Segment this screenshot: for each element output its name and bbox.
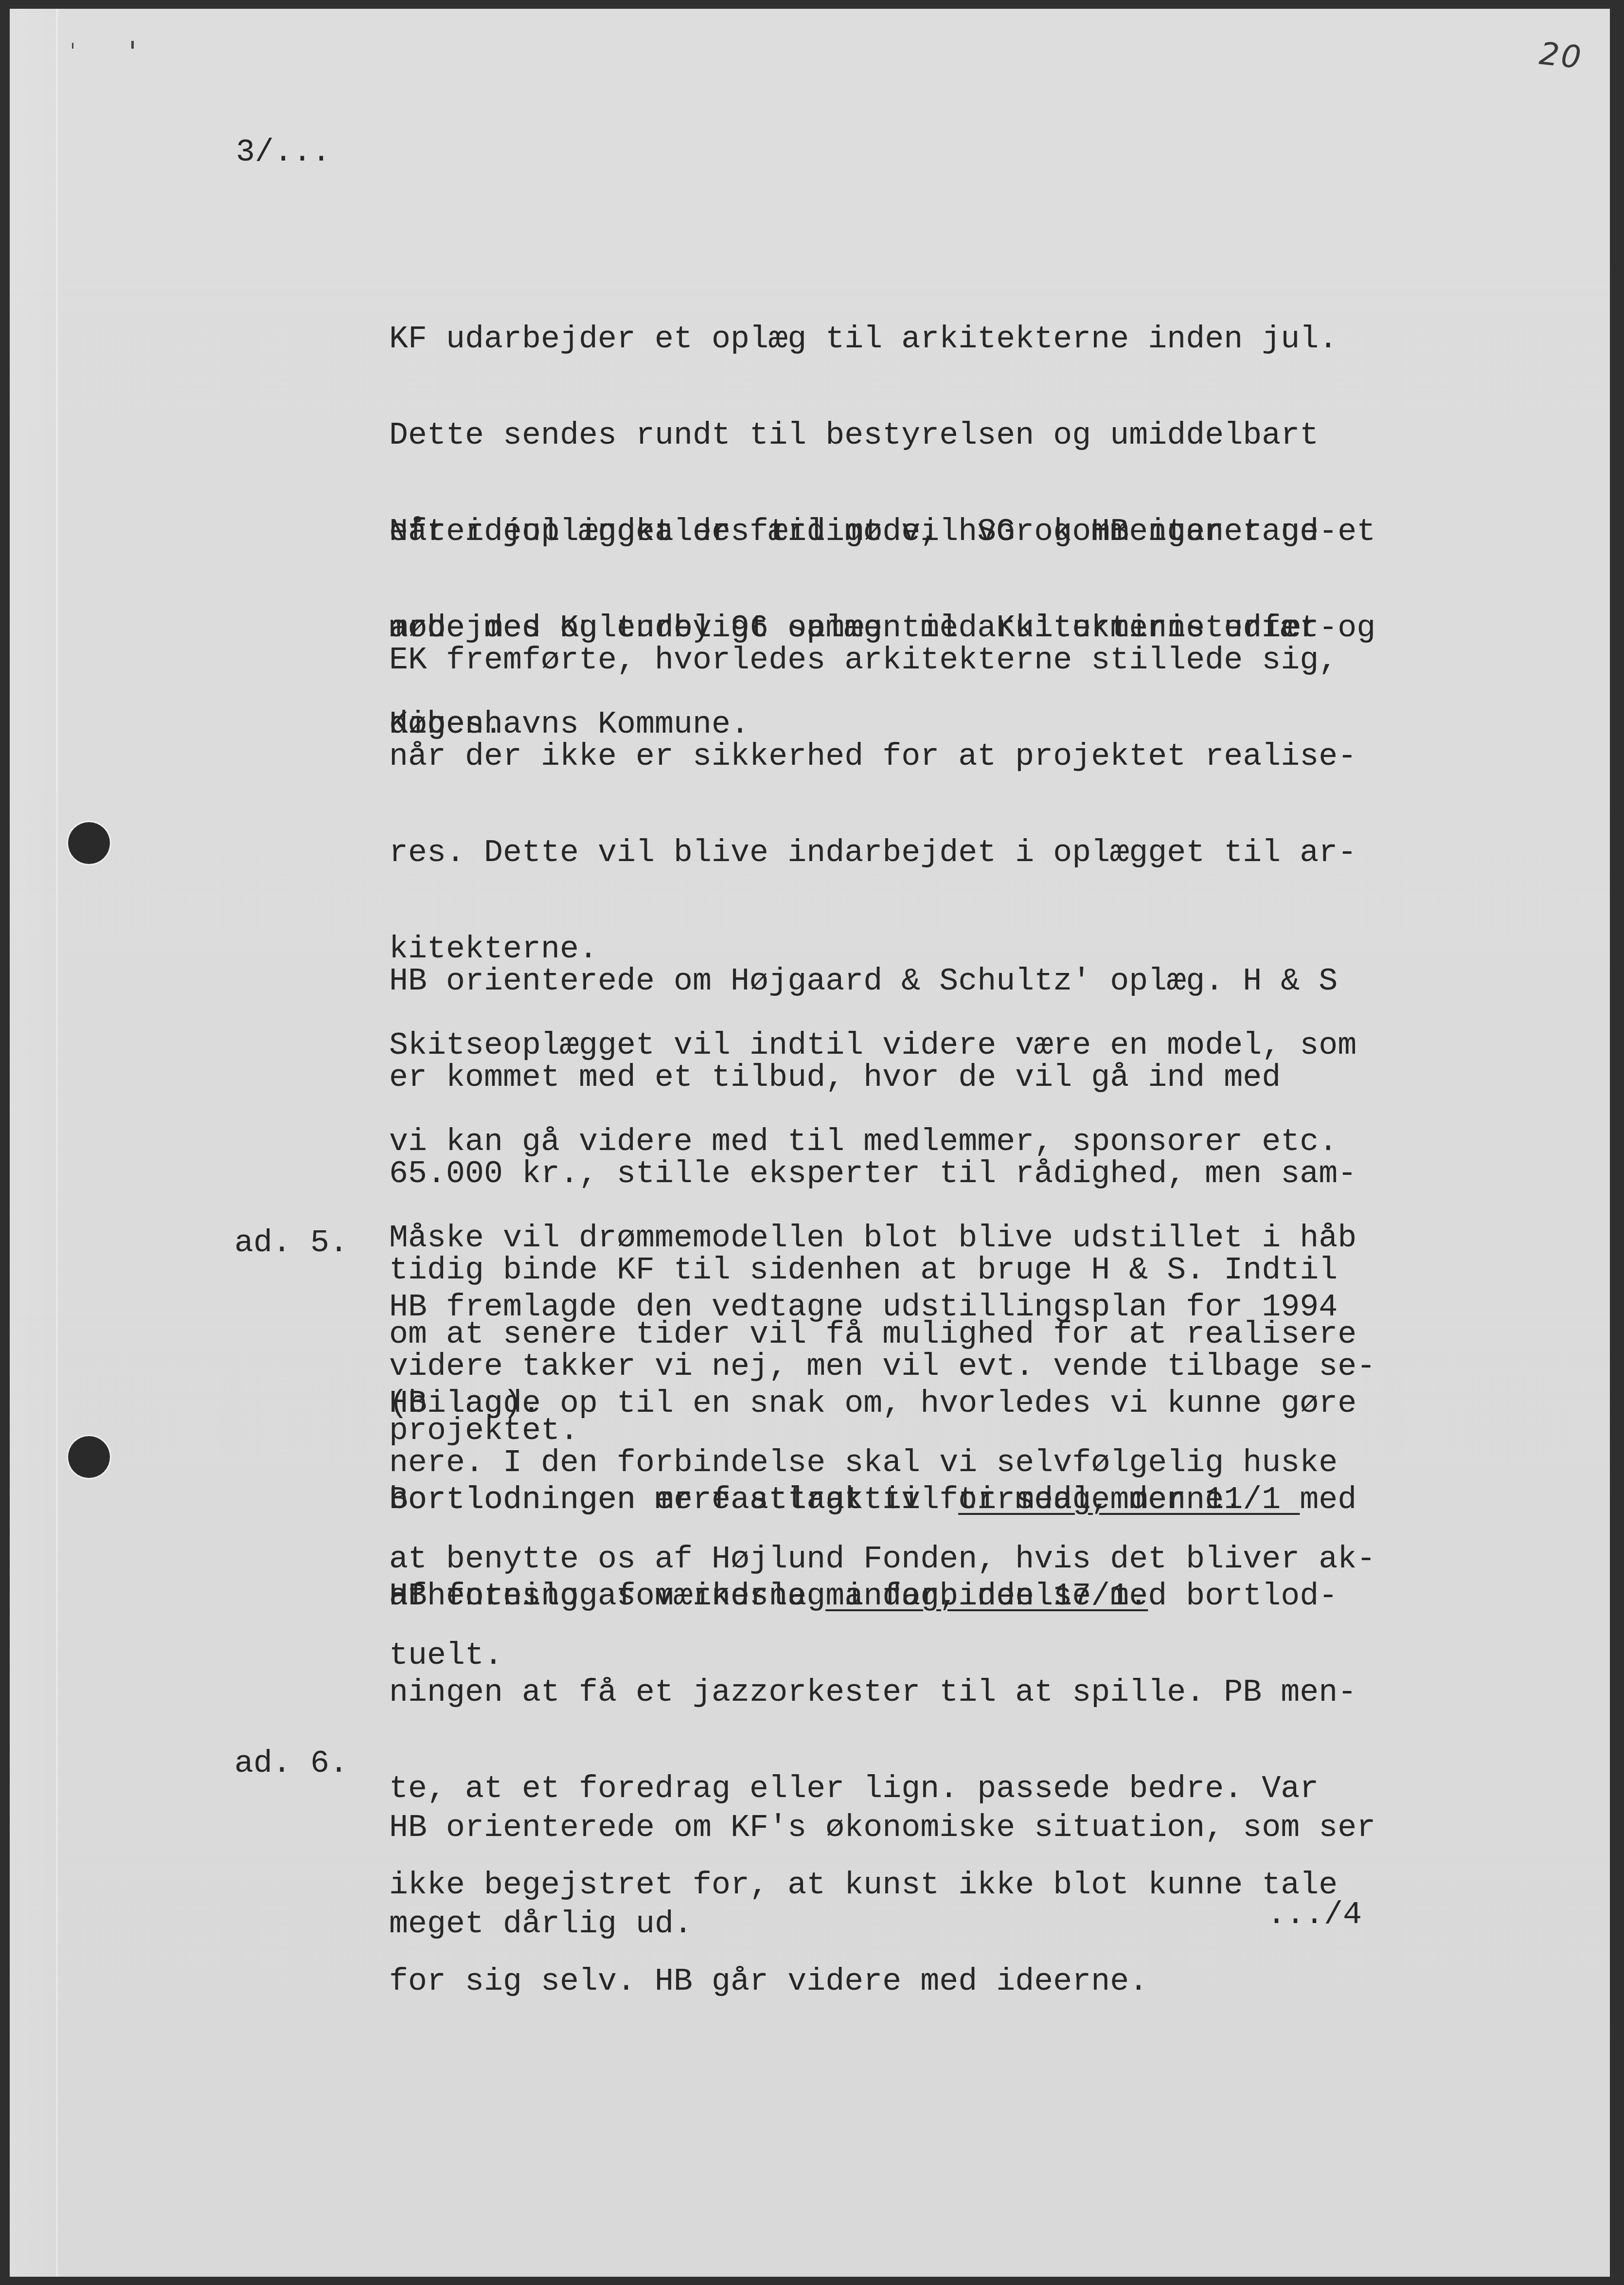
- text-line: 65.000 kr., stille eksperter til rådighe…: [389, 1158, 1375, 1190]
- page-continuation-header: 3/...: [236, 136, 331, 168]
- text-line: Når idéoplægget er færdigt vil SG og HB …: [389, 516, 1375, 548]
- punch-hole-icon: [68, 1436, 110, 1478]
- text-line: når der ikke er sikkerhed for at projekt…: [389, 740, 1356, 773]
- scan-speck: [131, 41, 134, 49]
- agenda-item-label-5: ad. 5.: [234, 1227, 348, 1259]
- punch-hole-icon: [68, 822, 110, 864]
- text-line: HB foreslog som indslag i forbindelse me…: [389, 1580, 1356, 1612]
- raffle-date-underlined: tirsdag, den 11/1: [958, 1482, 1300, 1518]
- scan-speck: [72, 43, 73, 49]
- text-line: meget dårlig ud.: [389, 1908, 1375, 1940]
- text-line: ningen at få et jazzorkester til at spil…: [389, 1676, 1356, 1709]
- text-line: HB orienterede om Højgaard & Schultz' op…: [389, 965, 1375, 997]
- next-page-reference: .../4: [1267, 1899, 1362, 1931]
- text-line: HB lagde op til en snak om, hvorledes vi…: [389, 1387, 1356, 1420]
- text-line: Dette sendes rundt til bestyrelsen og um…: [389, 419, 1338, 451]
- text-line: HB orienterede om KF's økonomiske situat…: [389, 1812, 1375, 1844]
- text-line: EK fremførte, hvorledes arkitekterne sti…: [389, 644, 1356, 676]
- text-line: Bortlodningen er fastlagt til tirsdag, d…: [389, 1484, 1356, 1516]
- paper-fold-mark: [56, 9, 58, 2277]
- text-segment: Bortlodningen er fastlagt til: [389, 1482, 958, 1518]
- agenda-item-label-6: ad. 6.: [234, 1747, 348, 1780]
- text-line: HB fremlagde den vedtagne udstillingspla…: [389, 1291, 1338, 1323]
- handwritten-page-number: 20: [1537, 36, 1585, 76]
- text-line: KF udarbejder et oplæg til arkitekterne …: [389, 323, 1338, 355]
- text-segment: med: [1300, 1482, 1356, 1518]
- text-line: res. Dette vil blive indarbejdet i oplæg…: [389, 837, 1356, 869]
- text-line: er kommet med et tilbud, hvor de vil gå …: [389, 1062, 1375, 1094]
- paragraph-oekonomi: HB orienterede om KF's økonomiske situat…: [389, 1747, 1375, 1972]
